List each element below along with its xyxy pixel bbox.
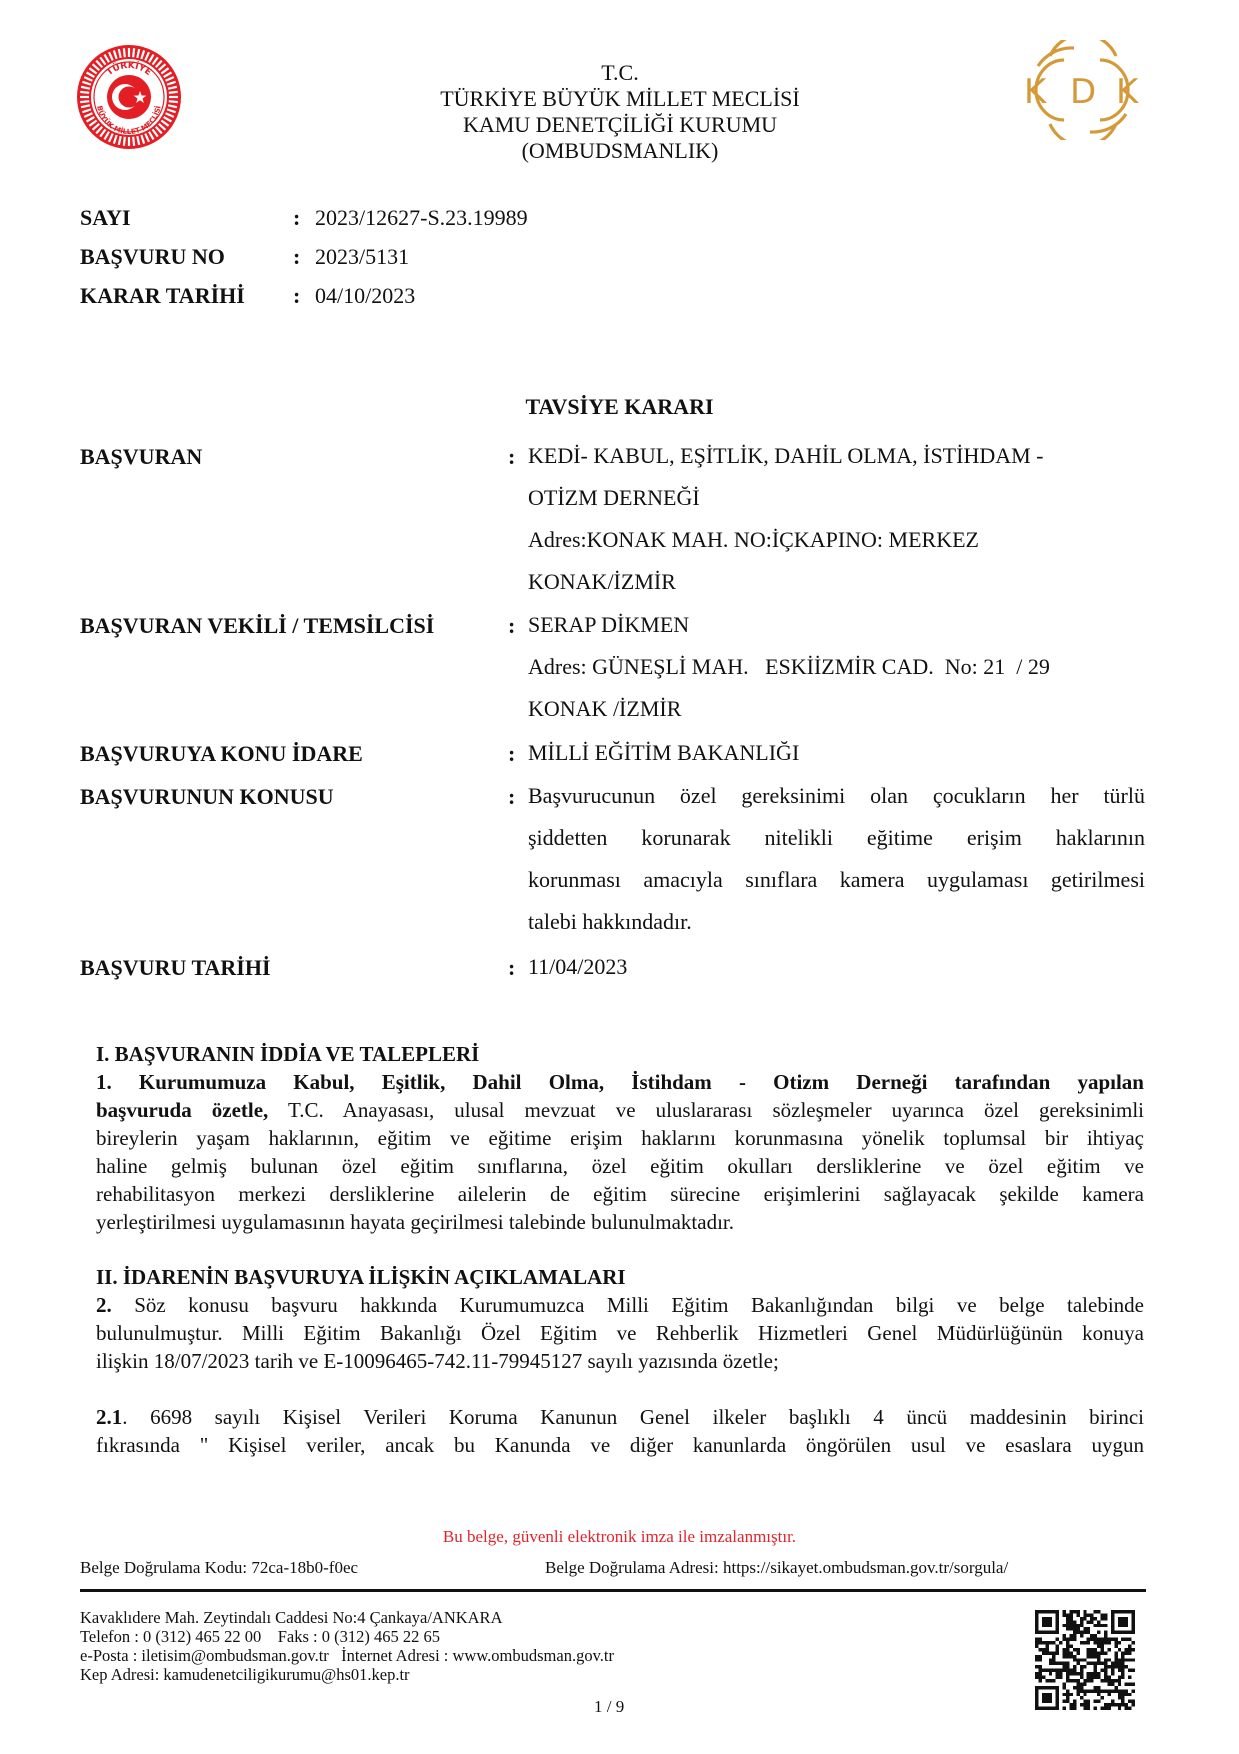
svg-text:K: K [1116, 72, 1140, 112]
institution-header: T.C. TÜRKİYE BÜYÜK MİLLET MECLİSİ KAMU D… [340, 60, 900, 164]
footer-divider [80, 1589, 1146, 1592]
section-2: II. İDARENİN BAŞVURUYA İLİŞKİN AÇIKLAMAL… [96, 1263, 1144, 1375]
header-line-ombudsmanlik: (OMBUDSMANLIK) [340, 138, 900, 164]
section-2-paragraph: 2. Söz konusu başvuru hakkında Kurumumuz… [96, 1291, 1144, 1375]
section-1-paragraph: 1. Kurumumuza Kabul, Eşitlik, Dahil Olma… [96, 1068, 1144, 1236]
kep-address: Kep Adresi: kamudenetciligikurumu@hs01.k… [80, 1665, 614, 1684]
section-1: I. BAŞVURANIN İDDİA VE TALEPLERİ 1. Kuru… [96, 1040, 1144, 1236]
kdk-logo-icon: K D K [1012, 40, 1152, 140]
phone-fax: Telefon : 0 (312) 465 22 00 Faks : 0 (31… [80, 1627, 614, 1646]
tbmm-emblem-icon: TÜRKİYE BÜYÜK MİLLET MECLİSİ [76, 44, 182, 150]
verification-code: Belge Doğrulama Kodu: 72ca-18b0-f0ec [80, 1558, 358, 1578]
section-2-heading: II. İDARENİN BAŞVURUYA İLİŞKİN AÇIKLAMAL… [96, 1263, 1144, 1291]
document-title: TAVSİYE KARARI [0, 394, 1239, 420]
verification-address-link[interactable]: Belge Doğrulama Adresi: https://sikayet.… [545, 1558, 1008, 1578]
svg-text:K: K [1024, 72, 1048, 112]
section-1-heading: I. BAŞVURANIN İDDİA VE TALEPLERİ [96, 1040, 1144, 1068]
qr-code-icon [1035, 1610, 1135, 1710]
contact-address: Kavaklıdere Mah. Zeytindalı Caddesi No:4… [80, 1608, 614, 1684]
e-signature-notice: Bu belge, güvenli elektronik imza ile im… [0, 1527, 1239, 1547]
header-line-tbmm: TÜRKİYE BÜYÜK MİLLET MECLİSİ [340, 86, 900, 112]
paragraph-2-1: 2.1. 6698 sayılı Kişisel Verileri Koruma… [96, 1403, 1144, 1459]
header-line-kdk: KAMU DENETÇİLİĞİ KURUMU [340, 112, 900, 138]
email-website[interactable]: e-Posta : iletisim@ombudsman.gov.tr İnte… [80, 1646, 614, 1665]
postal-address: Kavaklıdere Mah. Zeytindalı Caddesi No:4… [80, 1608, 614, 1627]
svg-text:D: D [1070, 72, 1096, 112]
page-number: 1 / 9 [594, 1697, 624, 1717]
header-line-tc: T.C. [340, 60, 900, 86]
